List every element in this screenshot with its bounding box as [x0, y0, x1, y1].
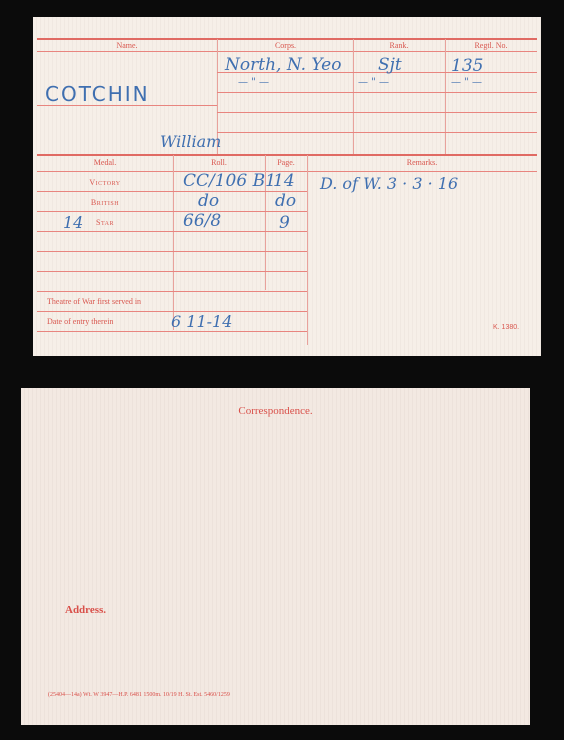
regtl-no-ditto: — " — [451, 77, 482, 88]
header-rank: Rank. [353, 41, 445, 50]
rule [37, 331, 307, 332]
rule [217, 112, 537, 113]
rule [217, 132, 537, 133]
rank-ditto: — " — [358, 77, 389, 88]
date-label: Date of entry therein [47, 317, 113, 326]
correspondence-title: Correspondence. [21, 405, 530, 417]
header-regtl-no: Regtl. No. [445, 41, 537, 50]
header-remarks: Remarks. [307, 158, 537, 167]
date-value: 6 11-14 [171, 312, 232, 331]
forename: William [160, 132, 221, 151]
rule [307, 155, 308, 345]
page-british: do [275, 191, 296, 211]
rule [217, 92, 537, 93]
surname: COTCHIN [45, 82, 150, 106]
roll-british: do [198, 191, 219, 211]
address-label: Address. [65, 604, 106, 616]
rule [37, 291, 307, 292]
header-roll: Roll. [173, 158, 265, 167]
rule [173, 155, 174, 330]
rule [353, 39, 354, 154]
page-victory: 14 [273, 171, 295, 191]
roll-star: 66/8 [183, 211, 221, 231]
rule [37, 51, 537, 52]
header-corps: Corps. [218, 41, 353, 50]
remarks-value: D. of W. 3 · 3 · 16 [320, 174, 458, 193]
rule [37, 271, 307, 272]
rule [37, 154, 537, 156]
medal-british: British [37, 198, 173, 207]
medal-victory: Victory [37, 178, 173, 187]
medal-index-card-front: Name. Corps. Rank. Regtl. No. COTCHIN Wi… [33, 17, 541, 356]
rank-value: Sjt [378, 55, 402, 75]
theatre-label: Theatre of War first served in [47, 297, 141, 306]
rule [445, 39, 446, 154]
form-number: K. 1380. [493, 324, 519, 331]
roll-victory: CC/106 B1 [183, 171, 276, 191]
rule [37, 211, 307, 212]
rule [37, 191, 307, 192]
rule [37, 38, 537, 40]
corps-value: North, N. Yeo [225, 55, 341, 75]
header-page: Page. [265, 158, 307, 167]
corps-ditto: — " — [238, 77, 269, 88]
regtl-no-value: 135 [451, 56, 483, 76]
medal-index-card-back: Correspondence. Address. (25404—14a) Wt.… [21, 388, 530, 725]
header-medal: Medal. [37, 158, 173, 167]
rule [37, 251, 307, 252]
printer-imprint: (25404—14a) Wt. W 3947—H.P. 6481 1500m. … [48, 692, 230, 698]
medal-star: Star [37, 218, 173, 227]
page-star: 9 [279, 213, 290, 233]
header-name: Name. [37, 41, 217, 50]
